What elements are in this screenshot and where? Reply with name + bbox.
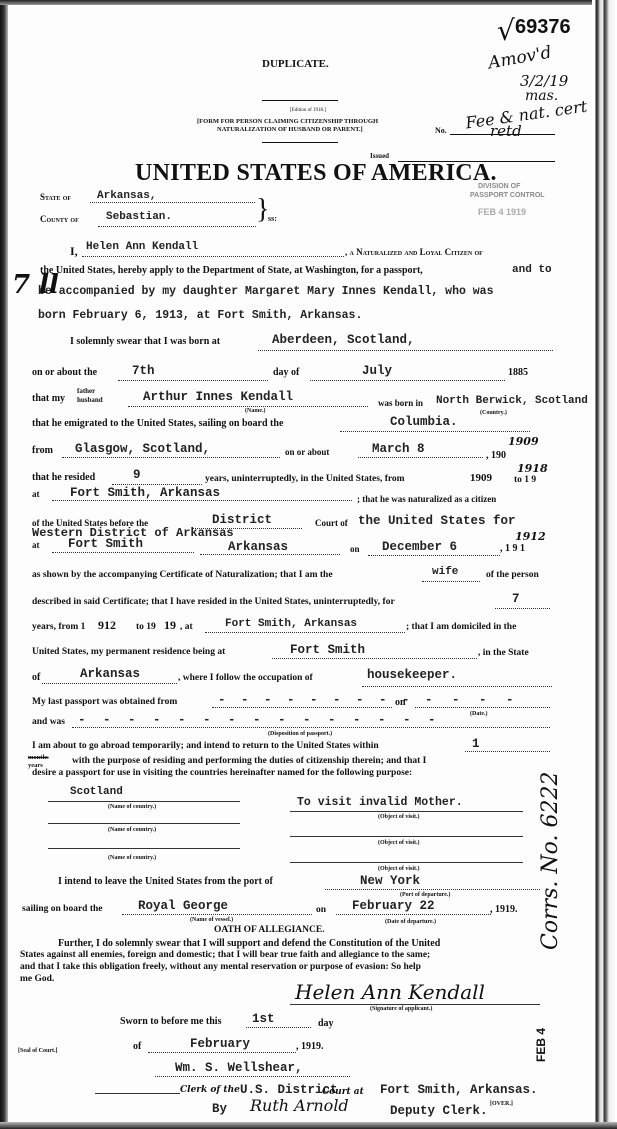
- purpose-label: with the purpose of residing and perform…: [72, 756, 426, 766]
- domiciled-label: ; that I am domiciled in the: [406, 622, 516, 632]
- duplicate-label: DUPLICATE.: [262, 58, 329, 70]
- page-edge-bottom: [0, 1122, 617, 1129]
- page-edge-top: [0, 0, 617, 5]
- feb-stamp: FEB 4: [534, 1028, 548, 1062]
- departure-date-line: [336, 914, 491, 915]
- naturalized-label: ; that he was naturalized as a citizen: [357, 494, 496, 504]
- at3-label: , at: [180, 622, 193, 632]
- by-label: By: [212, 1102, 227, 1116]
- born-at-line: [258, 350, 553, 351]
- stamp-date: FEB 4 1919: [478, 207, 526, 217]
- birth-year: 1885: [508, 367, 528, 378]
- emigration-year-print: , 190: [486, 450, 506, 461]
- resided-years: 9: [133, 468, 141, 482]
- object-caption-2: (Object of visit.): [378, 840, 420, 846]
- birth-day-line: [118, 380, 268, 381]
- sworn-label: Sworn to before me this: [120, 1016, 221, 1027]
- over-label: [OVER.]: [490, 1101, 513, 1107]
- binding-edge-right: [592, 0, 617, 1129]
- state-line: [90, 202, 255, 203]
- applicant-years: 7: [512, 592, 520, 606]
- residence-state-line: [42, 683, 177, 684]
- oath-line2: States against all enemies, foreign and …: [20, 950, 430, 960]
- that-my-label: that my: [32, 393, 65, 404]
- husband-name-line: [128, 406, 368, 407]
- to-label: to 1 9: [514, 475, 536, 485]
- ship-line: [340, 431, 530, 432]
- port-caption: (Port of departure.): [400, 892, 450, 898]
- occupation-label: , where I follow the occupation of: [178, 673, 313, 683]
- passport-application-page: √ 69376 Amov'd 3/2/19 mas. Fee & nat. ce…: [0, 0, 617, 1129]
- signature-caption: (Signature of applicant.): [370, 1006, 432, 1012]
- jurat-of-label: of: [133, 1041, 141, 1052]
- return-within-line: [465, 751, 550, 752]
- destination-country-line-1: [48, 801, 240, 802]
- months-label: months: [28, 754, 49, 761]
- applicant-to: 19: [164, 618, 176, 633]
- last-passport-value: - - - - - - - - -: [218, 693, 414, 707]
- form-type-line2: NATURALIZATION OF HUSBAND OR PARENT.]: [217, 126, 363, 133]
- emigration-year-hand: 1909: [508, 435, 539, 448]
- jurat-month: February: [190, 1037, 250, 1051]
- disposition-value: - - - - - - - - - - - - - - -: [78, 713, 441, 727]
- stamp-division: DIVISION OF: [478, 183, 520, 190]
- departure-date-caption: (Date of departure.): [385, 919, 436, 925]
- accompanied-line2: born February 6, 1913, at Fort Smith, Ar…: [38, 309, 362, 322]
- birth-month-line: [310, 380, 505, 381]
- clerk-rule: [95, 1093, 180, 1094]
- edition-label: [Edition of 1918.]: [290, 108, 326, 113]
- born-at-value: Aberdeen, Scotland,: [272, 333, 415, 347]
- ss-label: ss:: [268, 214, 277, 223]
- i-label: I,: [70, 244, 78, 259]
- destination-country-line-3: [48, 848, 240, 849]
- described-label: described in said Certificate; that I ha…: [32, 597, 395, 607]
- state-value: Arkansas,: [97, 190, 156, 202]
- resided-from: 1909: [470, 472, 492, 484]
- of-person-label: of the person: [486, 570, 539, 580]
- of-label: of: [32, 672, 40, 683]
- certificate-label: as shown by the accompanying Certificate…: [32, 570, 333, 580]
- at-label: at: [32, 489, 40, 499]
- applicant-to-label: to 19: [136, 622, 156, 632]
- handwritten-note-5: retd: [490, 122, 522, 140]
- resided-at: Fort Smith, Arkansas: [70, 486, 220, 500]
- page-edge-left: [0, 0, 8, 1129]
- departure-vessel-line: [122, 914, 312, 915]
- country-caption-2: (Name of country.): [108, 827, 156, 833]
- naturalization-date: December 6: [382, 540, 457, 554]
- court-city: Fort Smith: [68, 537, 143, 551]
- on-or-about-label: on or about the: [32, 367, 97, 378]
- citizen-text: , a Naturalized and Loyal Citizen of: [345, 247, 483, 257]
- court-name1: the United States for: [358, 514, 516, 528]
- oath-heading: OATH OF ALLEGIANCE.: [214, 925, 325, 935]
- departure-port-line: [325, 889, 540, 890]
- departure-vessel: Royal George: [138, 899, 228, 913]
- applicant-resided-at: Fort Smith, Arkansas: [225, 618, 357, 630]
- occupation-line: [362, 686, 552, 687]
- destination-object-line-1: [290, 811, 523, 812]
- departure-year: , 1919.: [490, 904, 518, 915]
- deputy-signature: Ruth Arnold: [250, 1096, 349, 1115]
- serial-number: 69376: [515, 16, 571, 39]
- divider: [262, 100, 338, 101]
- in-state-label: , in the State: [478, 648, 529, 658]
- destination-country-1: Scotland: [70, 786, 123, 798]
- applicant-resided-at-line: [205, 632, 405, 633]
- resided-at-line: [52, 500, 352, 501]
- name-caption: (Name.): [245, 408, 266, 414]
- last-passport-label: My last passport was obtained from: [32, 697, 177, 707]
- object-caption-1: (Object of visit.): [378, 814, 420, 820]
- jurat-court-location: Fort Smith, Arkansas.: [380, 1083, 538, 1097]
- date-caption: (Date.): [470, 711, 488, 717]
- deputy-label: Deputy Clerk.: [390, 1104, 488, 1118]
- court-type: District: [212, 513, 272, 527]
- on-label: on: [350, 544, 360, 554]
- disposition-line: [72, 727, 550, 728]
- naturalization-date-line: [368, 555, 500, 556]
- court-state-line: [200, 554, 340, 555]
- relation-option-father: father: [77, 387, 95, 395]
- resided-to-hand: 1918: [517, 462, 548, 475]
- handwritten-note-1: Amov'd: [487, 43, 553, 74]
- relationship: wife: [432, 566, 458, 578]
- apply-text: the United States, hereby apply to the D…: [40, 265, 423, 276]
- residence-state: Arkansas: [80, 667, 140, 681]
- oath-line1: Further, I do solemnly swear that I will…: [58, 938, 440, 949]
- years-from-label: years, from 1: [32, 622, 85, 632]
- relationship-line: [422, 581, 480, 582]
- object-caption-3: (Object of visit.): [378, 866, 420, 872]
- at2-label: at: [32, 540, 40, 550]
- from-line: [62, 457, 280, 458]
- clerk-name-line: [155, 1076, 350, 1077]
- resided-years-line: [112, 484, 202, 485]
- divider: [262, 142, 338, 143]
- country-caption: (Country.): [480, 410, 507, 416]
- abroad-label: I am about to go abroad temporarily; and…: [32, 741, 379, 751]
- departure-on-label: on: [316, 905, 326, 915]
- vertical-correspondence-note: Corrs. No. 6222: [538, 772, 563, 950]
- birth-month: July: [362, 364, 392, 378]
- years-uninterrupted-label: years, uninterruptedly, in the United St…: [205, 474, 405, 484]
- on-or-about2-label: on or about: [285, 447, 329, 457]
- clerk-name: Wm. S. Wellshear,: [175, 1061, 303, 1075]
- last-passport-line: [212, 707, 392, 708]
- born-at-label: I solemnly swear that I was born at: [70, 336, 220, 347]
- county-label: County of: [40, 214, 79, 224]
- oath-line3: and that I take this obligation freely, …: [20, 962, 421, 972]
- day-of-label: day of: [273, 367, 299, 378]
- and-was-label: and was: [32, 717, 65, 727]
- destination-object-1: To visit invalid Mother.: [297, 796, 463, 809]
- jurat-day-label: day: [318, 1018, 334, 1029]
- husband-birthplace: North Berwick, Scotland: [436, 395, 588, 407]
- destination-country-line-2: [48, 823, 240, 824]
- on2-label: on: [395, 697, 406, 708]
- applicant-signature: Helen Ann Kendall: [295, 980, 485, 1004]
- jurat-day: 1st: [252, 1012, 275, 1026]
- return-within: 1: [472, 737, 480, 751]
- document-title: UNITED STATES OF AMERICA.: [135, 160, 497, 187]
- birth-day: 7th: [132, 364, 155, 378]
- was-born-in-label: was born in: [378, 398, 423, 408]
- residence-city: Fort Smith: [290, 643, 365, 657]
- emigrated-label: that he emigrated to the United States, …: [32, 418, 283, 429]
- from-label: from: [32, 445, 53, 456]
- relation-option-husband: husband: [77, 396, 103, 404]
- resided-label: that he resided: [32, 472, 95, 483]
- husband-name: Arthur Innes Kendall: [143, 390, 293, 404]
- checkmark-icon: √: [497, 14, 515, 47]
- sailing-label: sailing on board the: [22, 904, 103, 914]
- left-margin-mark: 7 ll: [12, 270, 59, 300]
- state-label: State of: [40, 192, 71, 202]
- number-line: [450, 134, 555, 135]
- accompanied-line1: be accompanied by my daughter Margaret M…: [38, 285, 493, 298]
- applicant-from: 912: [98, 618, 116, 633]
- vessel-caption: (Name of vessel.): [190, 917, 233, 923]
- jurat-year: , 1919.: [296, 1041, 324, 1052]
- oath-line4: me God.: [20, 974, 54, 984]
- emigration-date-line: [358, 457, 483, 458]
- last-passport-date: - - - -: [425, 693, 520, 707]
- desire-label: desire a passport for use in visiting th…: [32, 768, 412, 778]
- destination-object-line-3: [290, 862, 523, 863]
- country-caption-1: (Name of country.): [108, 804, 156, 810]
- county-value: Sebastian.: [106, 211, 172, 223]
- applicant-years-line: [495, 608, 550, 609]
- occupation: housekeeper.: [367, 668, 457, 682]
- form-type-line1: [FORM FOR PERSON CLAIMING CITIZENSHIP TH…: [197, 118, 378, 125]
- departure-date: February 22: [352, 899, 435, 913]
- county-line: [98, 226, 256, 227]
- residence-city-line: [272, 658, 477, 659]
- disposition-caption: (Disposition of passport.): [268, 731, 332, 737]
- last-passport-date-line: [415, 707, 550, 708]
- applicant-name-line: [82, 256, 344, 257]
- leave-label: I intend to leave the United States from…: [58, 876, 273, 887]
- country-caption-3: (Name of country.): [108, 855, 156, 861]
- signature-line: [290, 1004, 540, 1005]
- court-state: Arkansas: [228, 540, 288, 554]
- jurat-day-line: [246, 1027, 311, 1028]
- and-to-text: and to: [512, 264, 552, 276]
- naturalization-year-print: , 1 9 1: [500, 543, 525, 554]
- court-city-line: [52, 552, 194, 553]
- issued-label: Issued: [370, 152, 389, 160]
- emigration-date: March 8: [372, 442, 425, 456]
- clerk-of-label: Clerk of the: [180, 1085, 240, 1095]
- jurat-month-line: [148, 1052, 296, 1053]
- ship-name: Columbia.: [390, 415, 458, 429]
- departure-port: New York: [360, 874, 420, 888]
- residence-label: United States, my permanent residence be…: [32, 647, 225, 657]
- applicant-name: Helen Ann Kendall: [86, 241, 198, 253]
- seal-caption: [Seal of Court.]: [18, 1048, 58, 1054]
- court-of-label: Court of: [315, 518, 348, 528]
- naturalization-year-hand: 1912: [515, 530, 546, 543]
- stamp-passport-control: PASSPORT CONTROL: [470, 192, 545, 199]
- destination-object-line-2: [290, 836, 523, 837]
- from-value: Glasgow, Scotland,: [75, 442, 210, 456]
- no-label: No.: [435, 126, 447, 135]
